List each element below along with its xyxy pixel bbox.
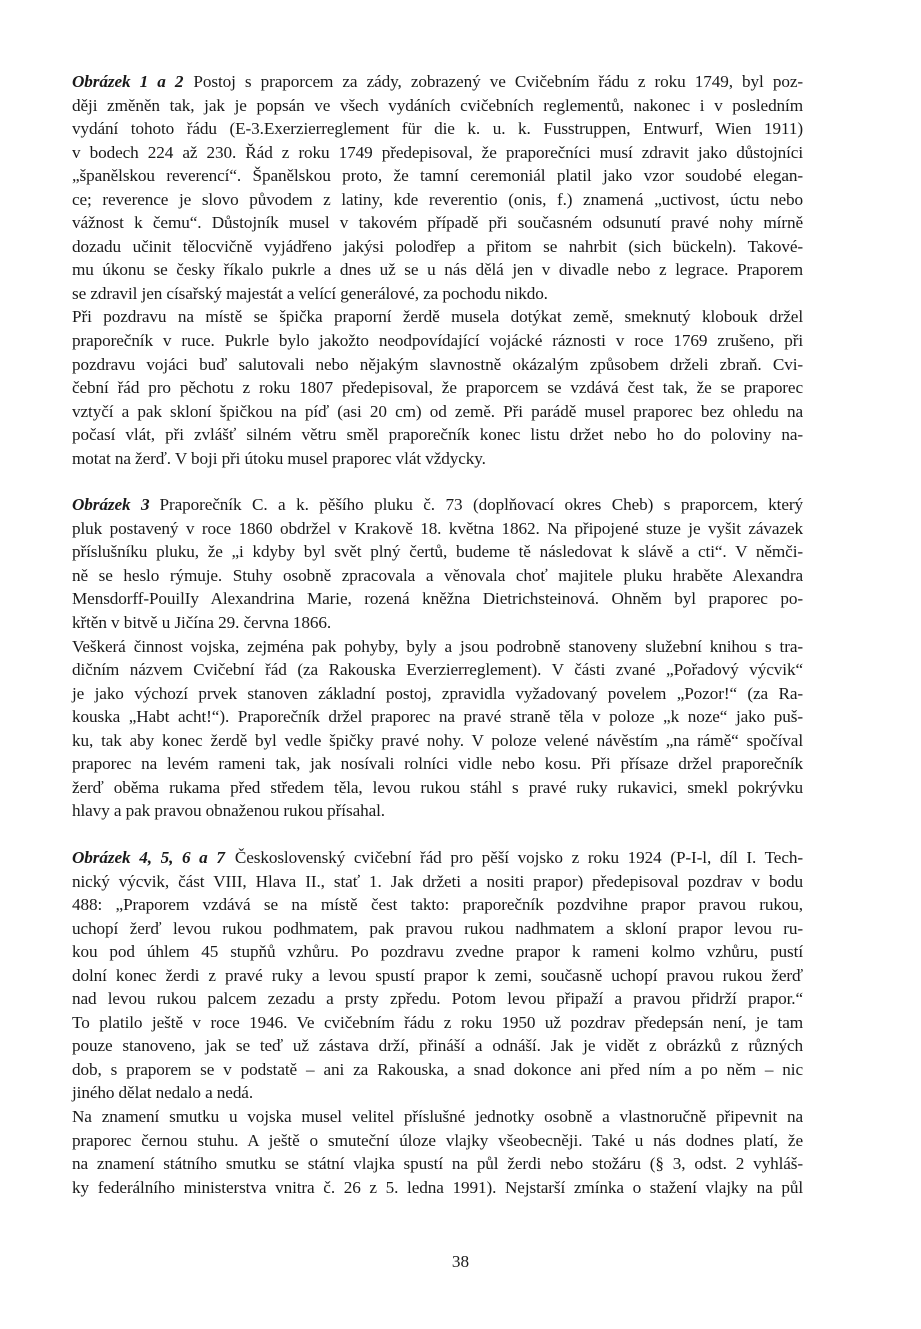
paragraph: Při pozdravu na místě se špička praporní… xyxy=(72,305,803,470)
text-line: čební řád pro pěchotu z roku 1807 předep… xyxy=(72,376,803,400)
figure-4-7-description: Obrázek 4, 5, 6 a 7Československý cvičeb… xyxy=(72,846,803,1199)
text-line: dolní konec žerdi z pravé ruky a levou s… xyxy=(72,964,803,988)
text-line: Mensdorff-PouilIy Alexandrina Marie, roz… xyxy=(72,587,803,611)
text-line: Při pozdravu na místě se špička praporní… xyxy=(72,305,803,329)
figure-caption-label: Obrázek 3 xyxy=(72,495,150,514)
text-line: Postoj s praporcem za zády, zobrazený ve… xyxy=(193,72,803,91)
text-line: uchopí žerď levou rukou podhmatem, pak p… xyxy=(72,917,803,941)
text-line: praporec černou stuhu. A ještě o smutečn… xyxy=(72,1129,803,1153)
text-line: příslušníku pluku, že „i kdyby byl svět … xyxy=(72,540,803,564)
text-line: vztyčí a pak skloní špičkou na píď (asi … xyxy=(72,400,803,424)
text-line: křtěn v bitvě u Jičína 29. června 1866. xyxy=(72,611,803,635)
text-line: ky federálního ministerstva vnitra č. 26… xyxy=(72,1176,803,1200)
text-line: počasí vlát, při zvlášť silném větru smě… xyxy=(72,423,803,447)
text-line: kou pod úhlem 45 stupňů vzhůru. Po pozdr… xyxy=(72,940,803,964)
text-line: Na znamení smutku u vojska musel velitel… xyxy=(72,1105,803,1129)
paragraph: Veškerá činnost vojska, zejména pak pohy… xyxy=(72,635,803,823)
paragraph: Obrázek 1 a 2Postoj s praporcem za zády,… xyxy=(72,70,803,305)
text-line: je jako výchozí prvek stanoven základní … xyxy=(72,682,803,706)
text-line: praporec na levém rameni tak, jak nosíva… xyxy=(72,752,803,776)
figure-1-2-description: Obrázek 1 a 2Postoj s praporcem za zády,… xyxy=(72,70,803,470)
figure-caption-label: Obrázek 4, 5, 6 a 7 xyxy=(72,848,225,867)
text-line: ce; reverence je slovo původem z latiny,… xyxy=(72,188,803,212)
page-number: 38 xyxy=(0,1250,921,1274)
figure-3-description: Obrázek 3Praporečník C. a k. pěšího pluk… xyxy=(72,493,803,823)
text-line: 488: „Praporem vzdává se na místě čest t… xyxy=(72,893,803,917)
text-line: pluk postavený v roce 1860 obdržel v Kra… xyxy=(72,517,803,541)
text-line: vážnost k čemu“. Důstojník musel v takov… xyxy=(72,211,803,235)
text-line: žerď oběma rukama před středem těla, lev… xyxy=(72,776,803,800)
text-line: ději změněn tak, jak je popsán ve všech … xyxy=(72,94,803,118)
text-line: „španělskou reverencí“. Španělskou proto… xyxy=(72,164,803,188)
text-line: hlavy a pak pravou obnaženou rukou přísa… xyxy=(72,799,803,823)
text-line: Praporečník C. a k. pěšího pluku č. 73 (… xyxy=(160,495,803,514)
paragraph: Na znamení smutku u vojska musel velitel… xyxy=(72,1105,803,1199)
text-line: v bodech 224 až 230. Řád z roku 1749 pře… xyxy=(72,141,803,165)
text-line: pouze stanoveno, jak se teď už zástava d… xyxy=(72,1034,803,1058)
text-line: praporečník v ruce. Pukrle bylo jakožto … xyxy=(72,329,803,353)
text-line: motat na žerď. V boji při útoku musel pr… xyxy=(72,447,803,471)
paragraph: Obrázek 4, 5, 6 a 7Československý cvičeb… xyxy=(72,846,803,1105)
text-line: ně se heslo rýmuje. Stuhy osobně zpracov… xyxy=(72,564,803,588)
figure-caption-label: Obrázek 1 a 2 xyxy=(72,72,183,91)
text-line: na znamení státního smutku se státní vla… xyxy=(72,1152,803,1176)
text-line: kouska „Habt acht!“). Praporečník držel … xyxy=(72,705,803,729)
text-line: se zdravil jen císařský majestát a velíc… xyxy=(72,282,803,306)
text-line: dob, s praporem se v podstatě – ani za R… xyxy=(72,1058,803,1082)
text-line: vydání tohoto řádu (E-3.Exerzierreglemen… xyxy=(72,117,803,141)
text-line: dozadu učinit tělocvičně vyjádřeno jakýs… xyxy=(72,235,803,259)
text-line: Československý cvičební řád pro pěší voj… xyxy=(235,848,803,867)
text-line: nad levou rukou palcem zezadu a prsty zp… xyxy=(72,987,803,1011)
text-line: mu úkonu se česky říkalo pukrle a dnes u… xyxy=(72,258,803,282)
text-line: dičním názvem Cvičební řád (za Rakouska … xyxy=(72,658,803,682)
text-line: Veškerá činnost vojska, zejména pak pohy… xyxy=(72,635,803,659)
paragraph: Obrázek 3Praporečník C. a k. pěšího pluk… xyxy=(72,493,803,634)
text-line: pozdravu vojáci buď salutovali nebo něja… xyxy=(72,353,803,377)
text-line: nický výcvik, část VIII, Hlava II., stať… xyxy=(72,870,803,894)
text-line: ku, tak aby konec žerdě byl vedle špičky… xyxy=(72,729,803,753)
text-line: jiného dělat nedalo a nedá. xyxy=(72,1081,803,1105)
text-line: To platilo ještě v roce 1946. Ve cvičebn… xyxy=(72,1011,803,1035)
document-page: Obrázek 1 a 2Postoj s praporcem za zády,… xyxy=(72,70,803,1199)
